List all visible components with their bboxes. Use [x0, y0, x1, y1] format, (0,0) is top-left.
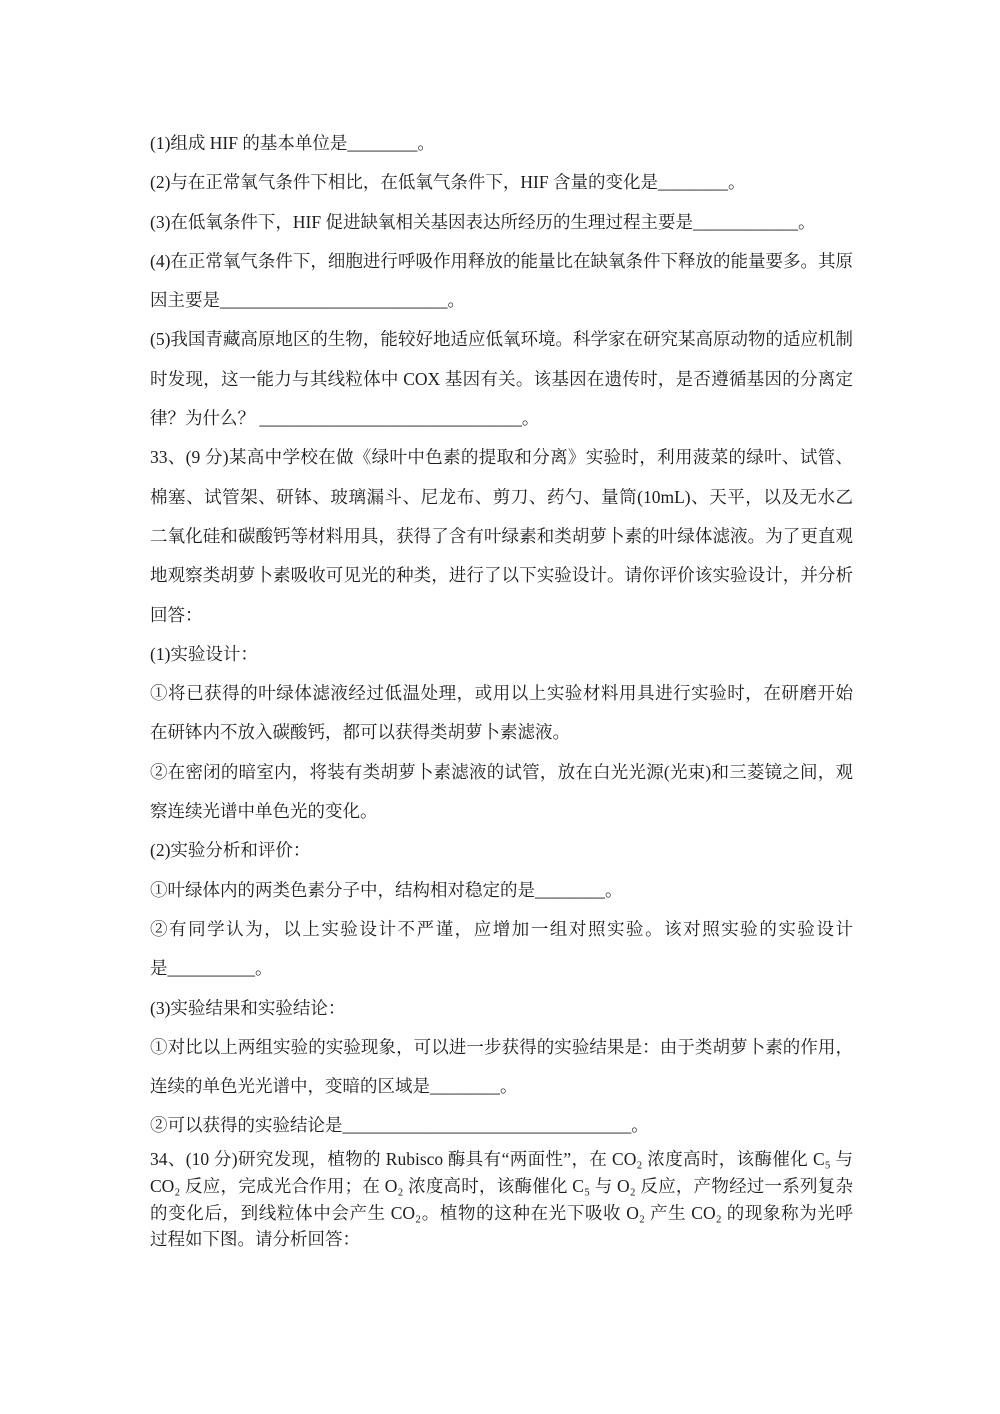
- q33-design1-line1: ①将已获得的叶绿体滤液经过低温处理，或用以上实验材料用具进行实验时，在研磨开始前…: [150, 674, 853, 713]
- q33-part2-title: (2)实验分析和评价：: [150, 831, 853, 870]
- q34-intro-line2: CO₂ 反应，完成光合作用；在 O₂ 浓度高时，该酶催化 C₅ 与 O₂ 反应，…: [150, 1173, 853, 1200]
- question-34-text-block: 34、(10 分)研究发现，植物的 Rubisco 酶具有“两面性”，在 CO₂…: [150, 1146, 853, 1253]
- q33-intro-line2: 棉塞、试管架、研钵、玻璃漏斗、尼龙布、剪刀、药勺、量筒(10mL)、天平，以及无…: [150, 478, 853, 517]
- q34-intro-line3: 的变化后，到线粒体中会产生 CO₂。植物的这种在光下吸收 O₂ 产生 CO₂ 的…: [150, 1200, 853, 1227]
- q32-part3: (3)在低氧条件下，HIF 促进缺氧相关基因表达所经历的生理过程主要是_____…: [150, 203, 853, 242]
- q34-intro-line1: 34、(10 分)研究发现，植物的 Rubisco 酶具有“两面性”，在 CO₂…: [150, 1146, 853, 1173]
- q33-intro-line3: 二氧化硅和碳酸钙等材料用具，获得了含有叶绿素和类胡萝卜素的叶绿体滤液。为了更直观: [150, 517, 853, 556]
- q32-part4-line1: (4)在正常氧气条件下，细胞进行呼吸作用释放的能量比在缺氧条件下释放的能量要多。…: [150, 242, 853, 281]
- q33-result2: ②可以获得的实验结论是_____________________________…: [150, 1106, 853, 1145]
- q32-part4-line2: 因主要是__________________________。: [150, 281, 853, 320]
- q32-part5-line3: 律？为什么？ ______________________________。: [150, 399, 853, 438]
- q33-design2-line1: ②在密闭的暗室内，将装有类胡萝卜素滤液的试管，放在白光光源(光束)和三菱镜之间，…: [150, 753, 853, 792]
- q33-analysis1: ①叶绿体内的两类色素分子中，结构相对稳定的是________。: [150, 871, 853, 910]
- q33-analysis2-line1: ②有同学认为，以上实验设计不严谨，应增加一组对照实验。该对照实验的实验设计: [150, 910, 853, 949]
- q33-intro-line4: 地观察类胡萝卜素吸收可见光的种类，进行了以下实验设计。请你评价该实验设计，并分析: [150, 556, 853, 595]
- q34-intro-line4: 过程如下图。请分析回答：: [150, 1226, 853, 1253]
- q33-design1-line2: 在研钵内不放入碳酸钙，都可以获得类胡萝卜素滤液。: [150, 713, 853, 752]
- q32-part5-line2: 时发现，这一能力与其线粒体中 COX 基因有关。该基因在遗传时，是否遵循基因的分…: [150, 360, 853, 399]
- q32-part2: (2)与在正常氧气条件下相比，在低氧气条件下，HIF 含量的变化是_______…: [150, 163, 853, 202]
- exam-paper-page: (1)组成 HIF 的基本单位是________。(2)与在正常氧气条件下相比，…: [0, 0, 1000, 1414]
- question-32-33-text-block: (1)组成 HIF 的基本单位是________。(2)与在正常氧气条件下相比，…: [150, 124, 853, 1146]
- q33-result1-line1: ①对比以上两组实验的实验现象，可以进一步获得的实验结果是：由于类胡萝卜素的作用，: [150, 1028, 853, 1067]
- q33-part3-title: (3)实验结果和实验结论：: [150, 989, 853, 1028]
- q32-part1: (1)组成 HIF 的基本单位是________。: [150, 124, 853, 163]
- q33-result1-line2: 连续的单色光光谱中，变暗的区域是________。: [150, 1067, 853, 1106]
- q33-design2-line2: 察连续光谱中单色光的变化。: [150, 792, 853, 831]
- q32-part5-line1: (5)我国青藏高原地区的生物，能较好地适应低氧环境。科学家在研究某高原动物的适应…: [150, 320, 853, 359]
- q33-intro-line1: 33、(9 分)某高中学校在做《绿叶中色素的提取和分离》实验时，利用菠菜的绿叶、…: [150, 438, 853, 477]
- q33-analysis2-line2: 是__________。: [150, 949, 853, 988]
- q33-part1-title: (1)实验设计：: [150, 635, 853, 674]
- q33-intro-line5: 回答：: [150, 596, 853, 635]
